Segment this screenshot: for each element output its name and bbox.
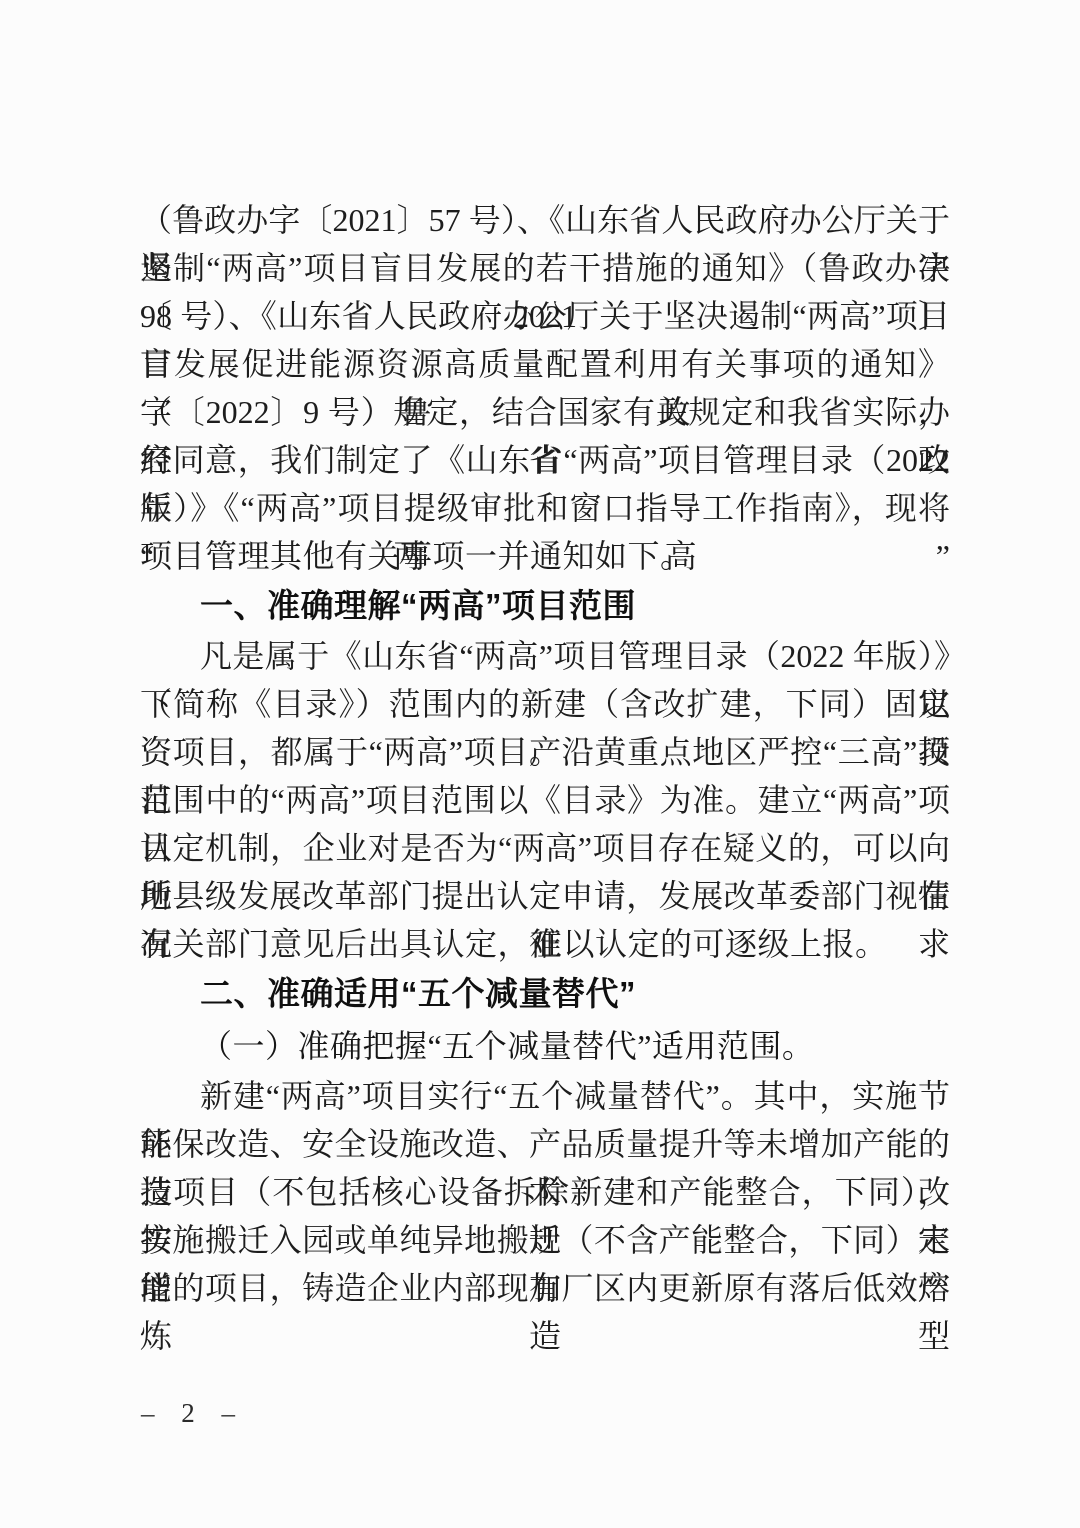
body-text-line: 实施搬迁入园或单纯异地搬迁（不含产能整合，下同）未增加产: [140, 1216, 950, 1264]
subsection-heading: （一）准确把握“五个减量替代”适用范围。: [140, 1020, 950, 1072]
body-text-line: 府同意，我们制定了《山东省“两高”项目管理目录（2022 年: [140, 436, 950, 484]
body-text-line: 目发展促进能源资源高质量配置利用有关事项的通知》（鲁政办: [140, 340, 950, 388]
section-heading: 一、准确理解“两高”项目范围: [140, 580, 950, 632]
body-text-line: 新建“两高”项目实行“五个减量替代”。其中，实施节能: [140, 1072, 950, 1120]
body-text-line: 字〔2022〕9 号）规定，结合国家有关规定和我省实际，经省政: [140, 388, 950, 436]
page-number: – 2 –: [141, 1398, 245, 1428]
body-text-line: 凡是属于《山东省“两高”项目管理目录（2022 年版）》（以: [140, 632, 950, 680]
body-text-line: 98 号）、《山东省人民政府办公厅关于坚决遏制“两高”项目盲: [140, 292, 950, 340]
document-content: （鲁政办字〔2021〕57 号）、《山东省人民政府办公厅关于坚决遏制“两高”项目…: [140, 196, 950, 1312]
body-text-line: 有关部门意见后出具认定，难以认定的可逐级上报。: [140, 920, 950, 968]
section-heading: 二、准确适用“五个减量替代”: [140, 968, 950, 1020]
body-text-line: 遏制“两高”项目盲目发展的若干措施的通知》（鲁政办字〔2021〕: [140, 244, 950, 292]
body-text-line: 环保改造、安全设施改造、产品质量提升等未增加产能的技术改: [140, 1120, 950, 1168]
page-footer: – 2 –: [141, 1398, 441, 1429]
body-text-line: 造项目（不包括核心设备拆除新建和产能整合，下同），按规定: [140, 1168, 950, 1216]
body-text-line: 认定机制，企业对是否为“两高”项目存在疑义的，可以向所在: [140, 824, 950, 872]
body-text-line: 下简称《目录》）范围内的新建（含改扩建，下同）固定资产投: [140, 680, 950, 728]
body-text-line: 资项目，都属于“两高”项目。沿黄重点地区严控“三高”项目: [140, 728, 950, 776]
body-text-line: （鲁政办字〔2021〕57 号）、《山东省人民政府办公厅关于坚决: [140, 196, 950, 244]
body-text-line: 范围中的“两高”项目范围以《目录》为准。建立“两高”项目: [140, 776, 950, 824]
body-text-line: 能的项目，铸造企业内部现有厂区内更新原有落后低效熔炼造型: [140, 1264, 950, 1312]
body-text-line: 版）》《“两高”项目提级审批和窗口指导工作指南》，现将“两高”: [140, 484, 950, 532]
body-text-line: 地县级发展改革部门提出认定申请，发展改革委部门视情况征求: [140, 872, 950, 920]
document-page: （鲁政办字〔2021〕57 号）、《山东省人民政府办公厅关于坚决遏制“两高”项目…: [0, 0, 1080, 1528]
